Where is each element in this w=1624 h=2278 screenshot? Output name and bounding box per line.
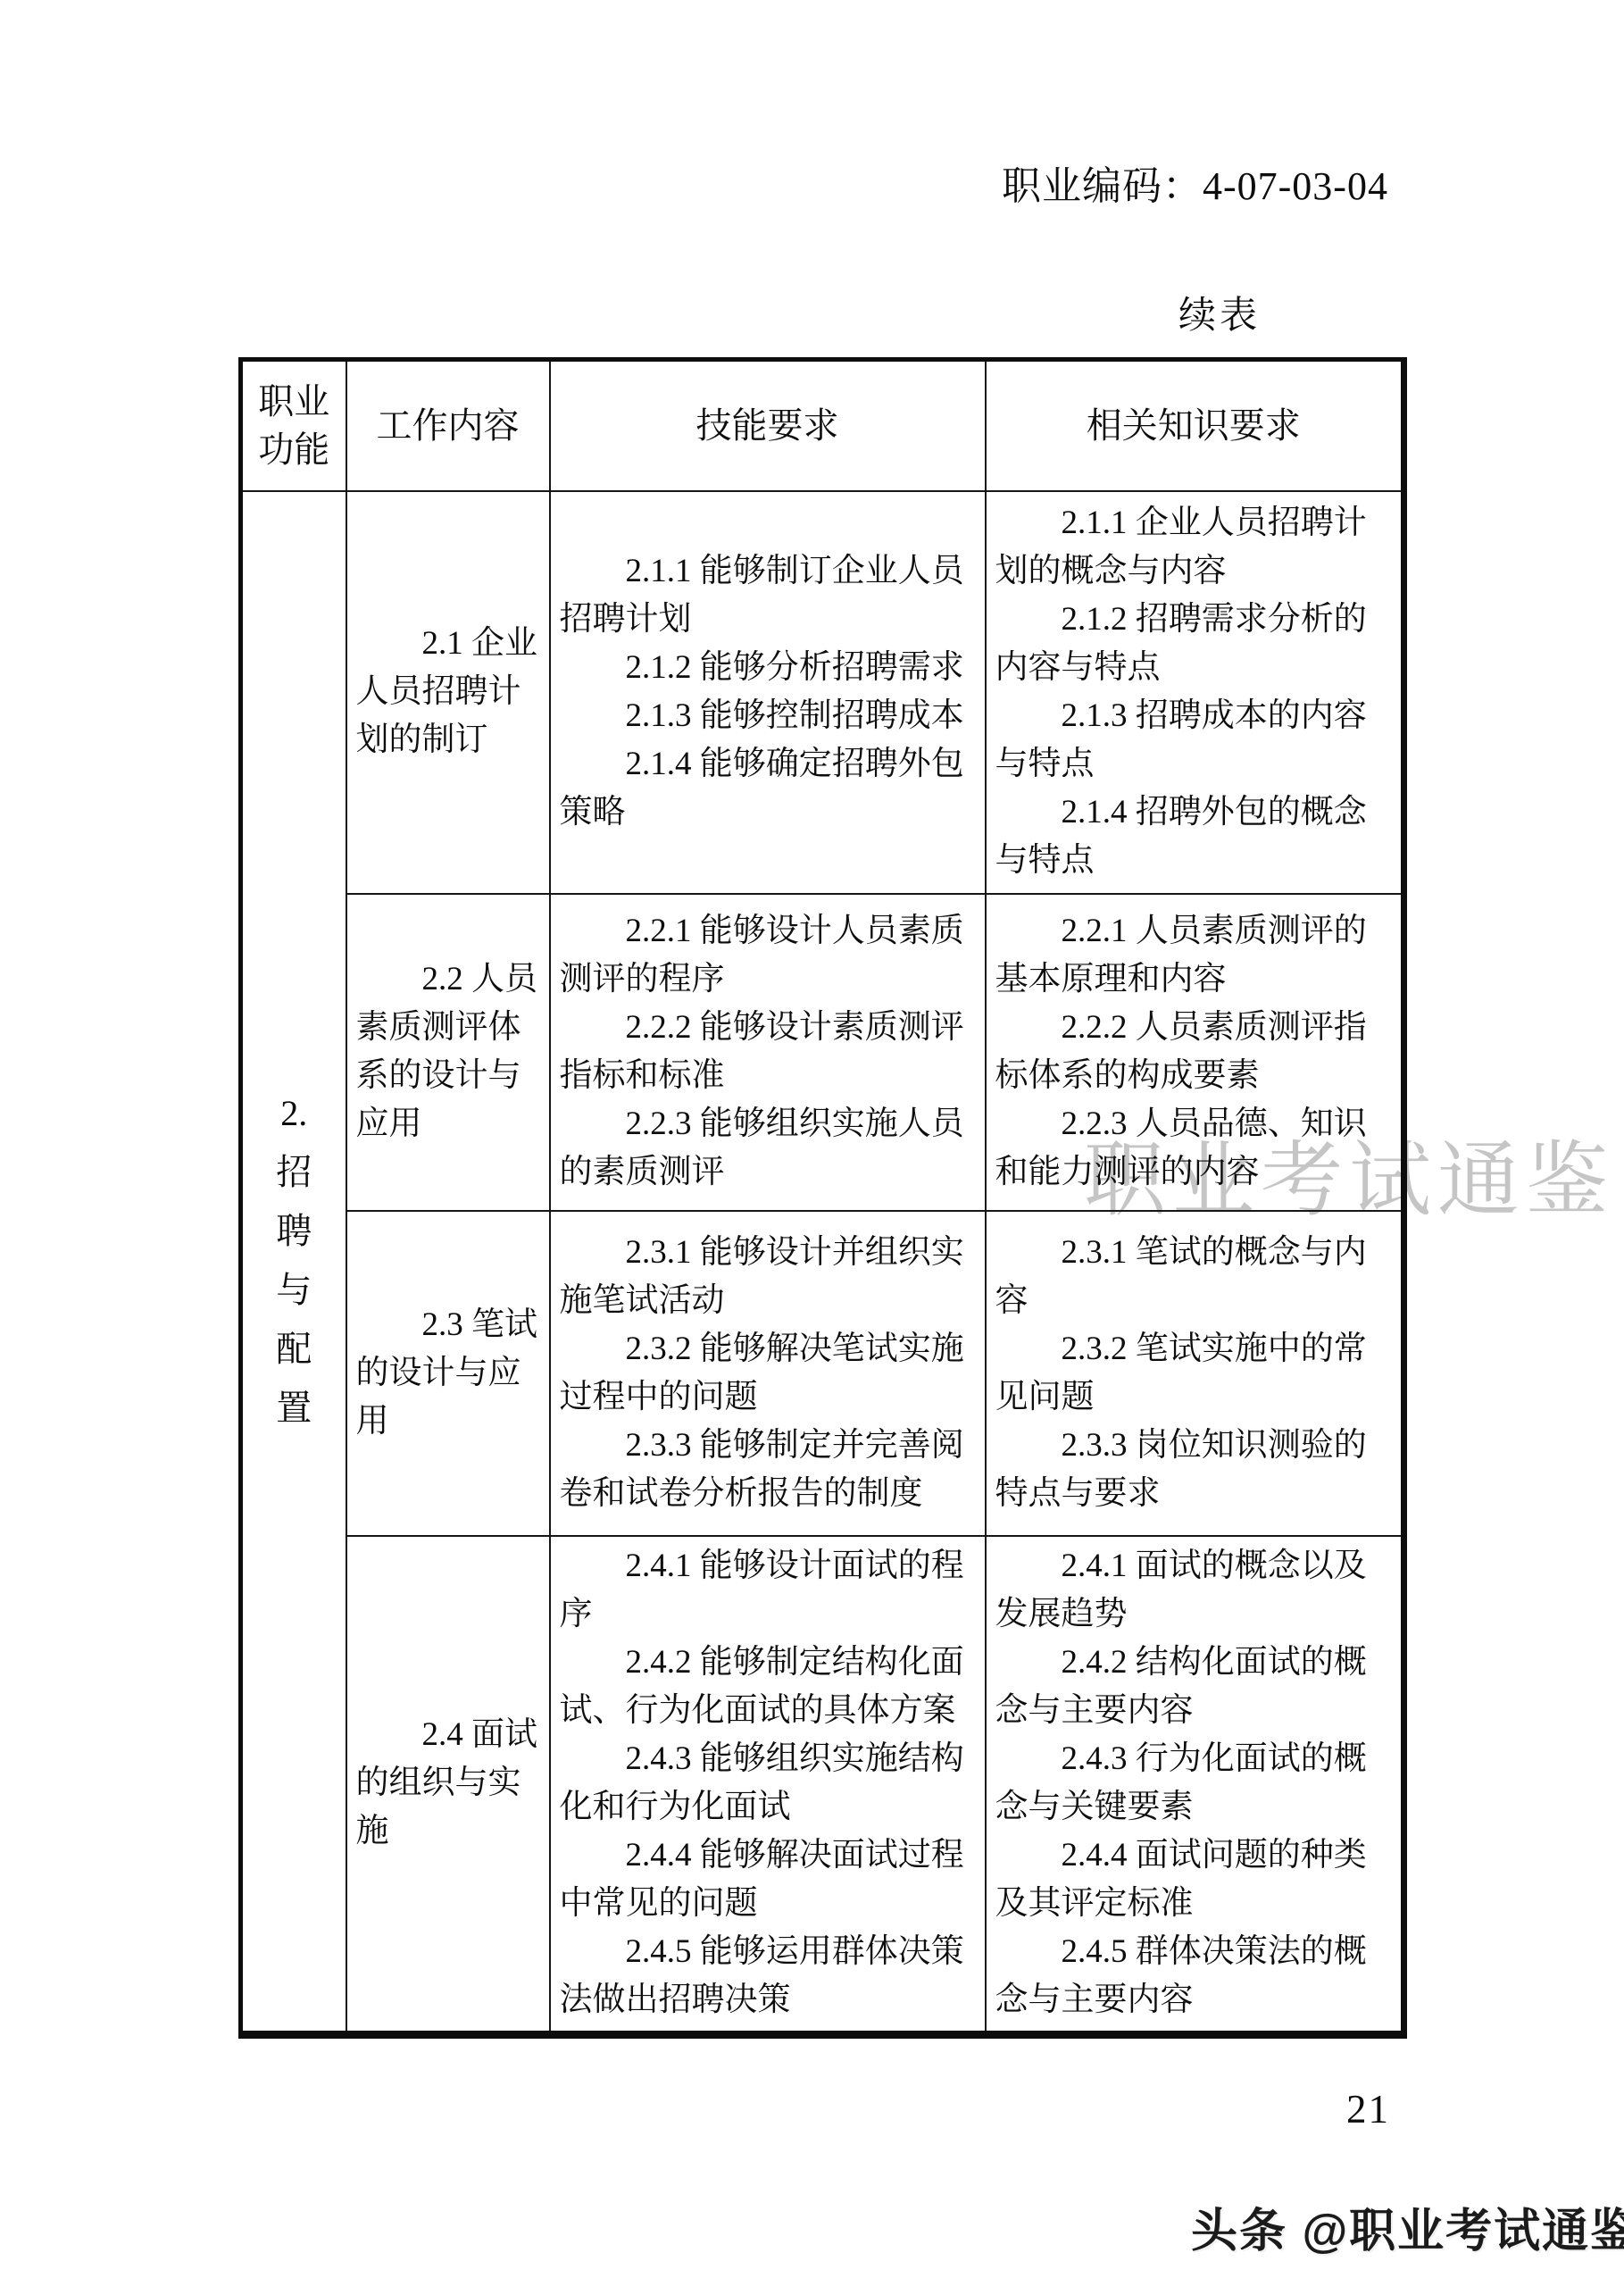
skill-item: 2.4.2 能够制定结构化面试、行为化面试的具体方案 — [560, 1639, 976, 1735]
knowledge-item: 2.4.5 群体决策法的概念与主要内容 — [995, 1928, 1393, 2024]
knowledge-item: 2.2.3 人员品德、知识和能力测评的内容 — [995, 1100, 1393, 1197]
skills-cell: 2.4.1 能够设计面试的程序 2.4.2 能够制定结构化面试、行为化面试的具体… — [550, 1536, 986, 2035]
work-content-text: 2.2 人员素质测评体系的设计与应用 — [356, 955, 540, 1148]
standards-table: 职业功能 工作内容 技能要求 相关知识要求 2.招聘与配置 2.1 企业人员招聘… — [238, 357, 1407, 2039]
skill-item: 2.1.4 能够确定招聘外包策略 — [560, 740, 976, 837]
occupation-code: 职业编码：4-07-03-04 — [1002, 154, 1388, 211]
knowledge-item: 2.1.1 企业人员招聘计划的概念与内容 — [995, 499, 1393, 596]
skill-item: 2.4.4 能够解决面试过程中常见的问题 — [560, 1832, 976, 1928]
skill-item: 2.4.1 能够设计面试的程序 — [560, 1542, 976, 1639]
knowledge-cell: 2.3.1 笔试的概念与内容 2.3.2 笔试实施中的常见问题 2.3.3 岗位… — [986, 1211, 1404, 1536]
knowledge-item: 2.4.4 面试问题的种类及其评定标准 — [995, 1832, 1393, 1928]
knowledge-cell: 2.4.1 面试的概念以及发展趋势 2.4.2 结构化面试的概念与主要内容 2.… — [986, 1536, 1404, 2035]
skill-item: 2.2.2 能够设计素质测评指标和标准 — [560, 1004, 976, 1100]
page-number: 21 — [1346, 2086, 1390, 2132]
skill-item: 2.1.3 能够控制招聘成本 — [560, 692, 976, 740]
document-page: 职业编码：4-07-03-04 续表 职业考试通鉴 职业功能 工作内容 技能要求… — [0, 0, 1624, 2278]
work-content-cell: 2.4 面试的组织与实施 — [346, 1536, 550, 2035]
knowledge-item: 2.3.1 笔试的概念与内容 — [995, 1229, 1393, 1325]
table-row: 2.3 笔试的设计与应用 2.3.1 能够设计并组织实施笔试活动 2.3.2 能… — [241, 1211, 1404, 1536]
skill-item: 2.2.3 能够组织实施人员的素质测评 — [560, 1100, 976, 1197]
skills-cell: 2.2.1 能够设计人员素质测评的程序 2.2.2 能够设计素质测评指标和标准 … — [550, 894, 986, 1211]
work-content-cell: 2.3 笔试的设计与应用 — [346, 1211, 550, 1536]
footer-credit: 头条 @职业考试通鉴 — [1191, 2193, 1624, 2260]
col-header-function: 职业功能 — [241, 360, 346, 491]
function-label: 2.招聘与配置 — [269, 1084, 319, 1438]
knowledge-item: 2.4.2 结构化面试的概念与主要内容 — [995, 1639, 1393, 1735]
knowledge-item: 2.1.2 招聘需求分析的内容与特点 — [995, 596, 1393, 692]
table-header-row: 职业功能 工作内容 技能要求 相关知识要求 — [241, 360, 1404, 491]
table-row: 2.4 面试的组织与实施 2.4.1 能够设计面试的程序 2.4.2 能够制定结… — [241, 1536, 1404, 2035]
col-header-knowledge: 相关知识要求 — [986, 360, 1404, 491]
work-content-text: 2.1 企业人员招聘计划的制订 — [356, 620, 540, 764]
skill-item: 2.4.5 能够运用群体决策法做出招聘决策 — [560, 1928, 976, 2024]
skill-item: 2.4.3 能够组织实施结构化和行为化面试 — [560, 1735, 976, 1832]
table-row: 2.招聘与配置 2.1 企业人员招聘计划的制订 2.1.1 能够制订企业人员招聘… — [241, 491, 1404, 894]
knowledge-cell: 2.2.1 人员素质测评的基本原理和内容 2.2.2 人员素质测评指标体系的构成… — [986, 894, 1404, 1211]
knowledge-item: 2.3.2 笔试实施中的常见问题 — [995, 1325, 1393, 1422]
skill-item: 2.1.1 能够制订企业人员招聘计划 — [560, 547, 976, 644]
knowledge-item: 2.2.1 人员素质测评的基本原理和内容 — [995, 907, 1393, 1004]
function-label-cell: 2.招聘与配置 — [241, 491, 346, 2035]
col-header-work-content: 工作内容 — [346, 360, 550, 491]
skill-item: 2.2.1 能够设计人员素质测评的程序 — [560, 907, 976, 1004]
col-header-skills: 技能要求 — [550, 360, 986, 491]
knowledge-item: 2.1.3 招聘成本的内容与特点 — [995, 692, 1393, 789]
knowledge-item: 2.3.3 岗位知识测验的特点与要求 — [995, 1422, 1393, 1518]
skills-cell: 2.3.1 能够设计并组织实施笔试活动 2.3.2 能够解决笔试实施过程中的问题… — [550, 1211, 986, 1536]
skill-item: 2.3.2 能够解决笔试实施过程中的问题 — [560, 1325, 976, 1422]
skill-item: 2.3.3 能够制定并完善阅卷和试卷分析报告的制度 — [560, 1422, 976, 1518]
knowledge-item: 2.2.2 人员素质测评指标体系的构成要素 — [995, 1004, 1393, 1100]
knowledge-item: 2.1.4 招聘外包的概念与特点 — [995, 789, 1393, 885]
skill-item: 2.1.2 能够分析招聘需求 — [560, 644, 976, 692]
continued-table-label: 续表 — [1178, 286, 1261, 339]
table-row: 2.2 人员素质测评体系的设计与应用 2.2.1 能够设计人员素质测评的程序 2… — [241, 894, 1404, 1211]
knowledge-item: 2.4.1 面试的概念以及发展趋势 — [995, 1542, 1393, 1639]
knowledge-cell: 2.1.1 企业人员招聘计划的概念与内容 2.1.2 招聘需求分析的内容与特点 … — [986, 491, 1404, 894]
work-content-cell: 2.2 人员素质测评体系的设计与应用 — [346, 894, 550, 1211]
skills-cell: 2.1.1 能够制订企业人员招聘计划 2.1.2 能够分析招聘需求 2.1.3 … — [550, 491, 986, 894]
knowledge-item: 2.4.3 行为化面试的概念与关键要素 — [995, 1735, 1393, 1832]
work-content-text: 2.4 面试的组织与实施 — [356, 1711, 540, 1856]
work-content-text: 2.3 笔试的设计与应用 — [356, 1301, 540, 1446]
skill-item: 2.3.1 能够设计并组织实施笔试活动 — [560, 1229, 976, 1325]
work-content-cell: 2.1 企业人员招聘计划的制订 — [346, 491, 550, 894]
